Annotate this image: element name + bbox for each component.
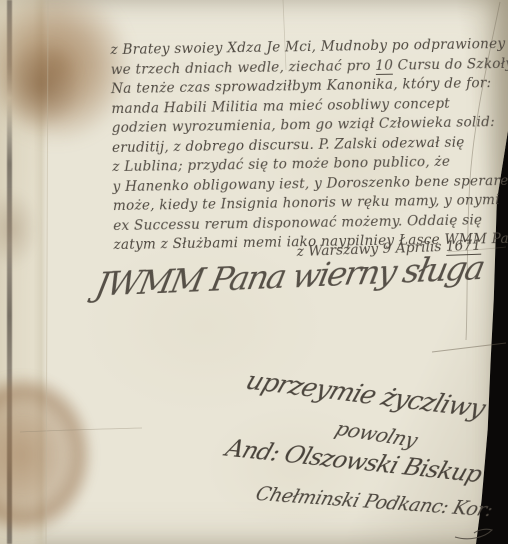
paraph-mark [0, 0, 508, 544]
manuscript-scan: z Bratey swoiey Xdza Je Mci, Mudnoby po … [0, 0, 508, 544]
